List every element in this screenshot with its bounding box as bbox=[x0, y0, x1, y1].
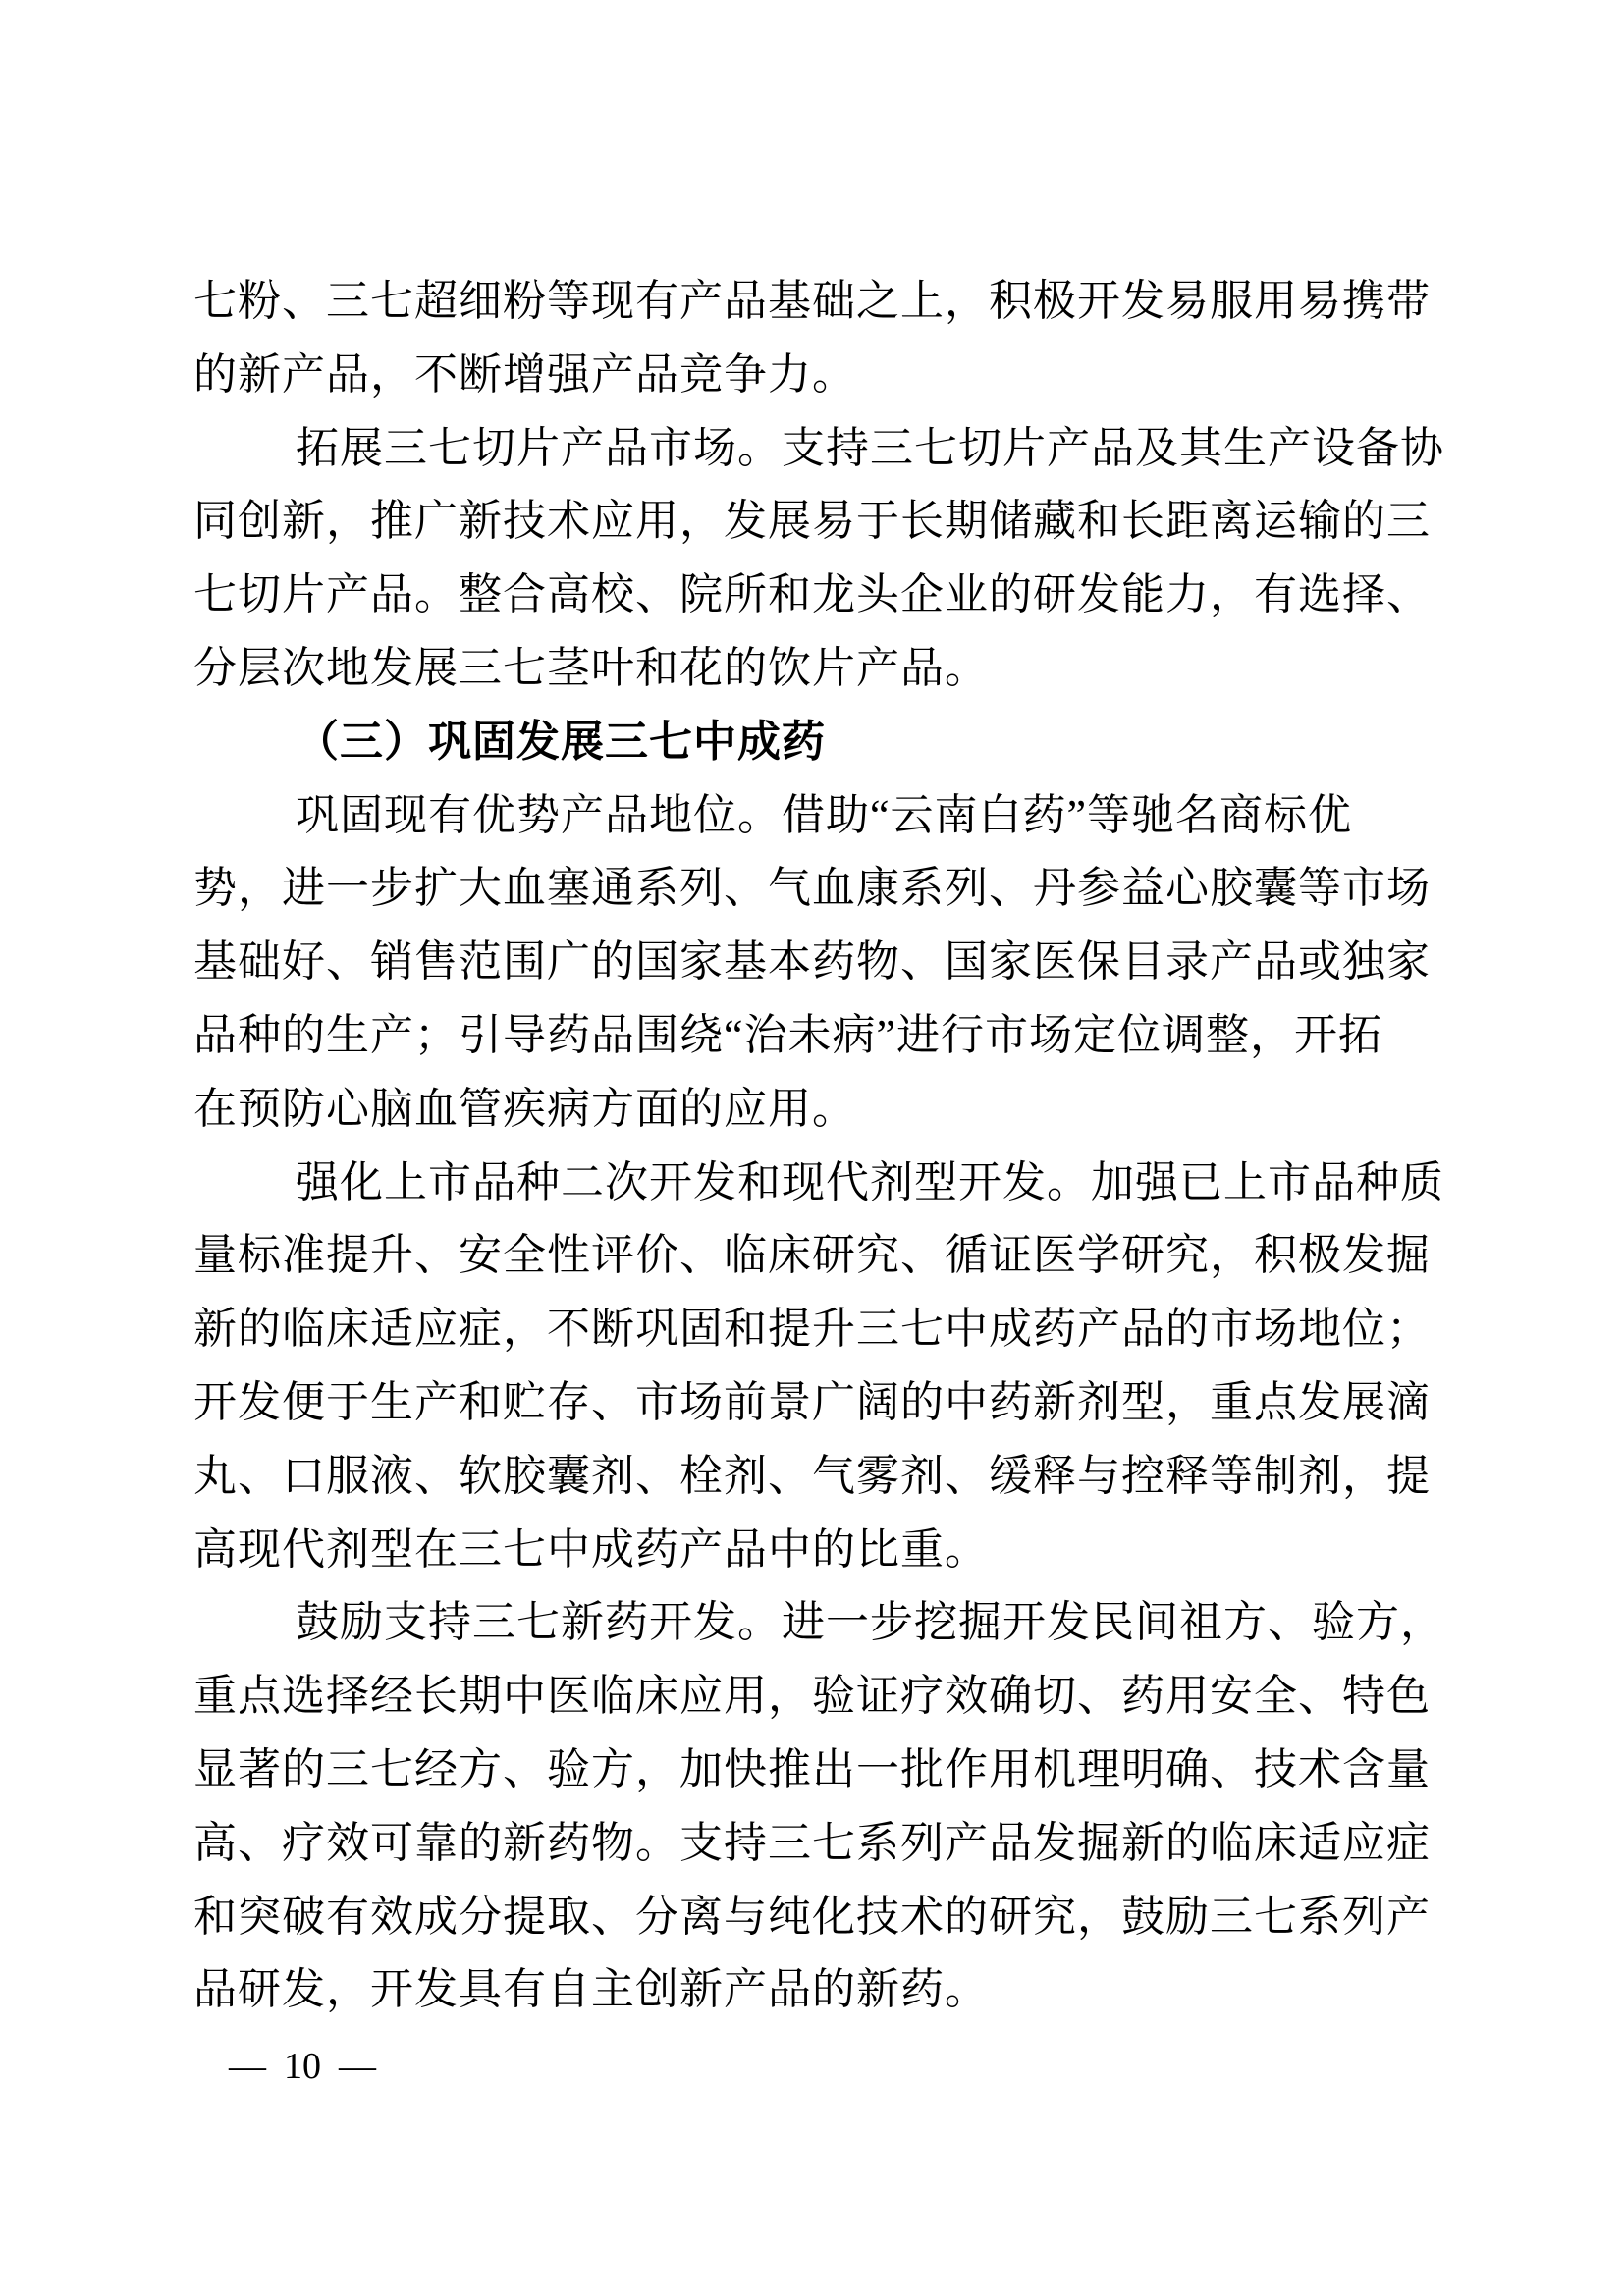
text-line: 巩固现有优势产品地位。借助“云南白药”等驰名商标优 bbox=[193, 779, 1440, 853]
text-line: 七粉、三七超细粉等现有产品基础之上，积极开发易服用易携带 bbox=[193, 265, 1440, 339]
document-text-block: 七粉、三七超细粉等现有产品基础之上，积极开发易服用易携带的新产品，不断增强产品竞… bbox=[193, 265, 1440, 2027]
text-line: 重点选择经长期中医临床应用，验证疗效确切、药用安全、特色 bbox=[193, 1660, 1440, 1734]
text-line: 开发便于生产和贮存、市场前景广阔的中药新剂型，重点发展滴 bbox=[193, 1366, 1440, 1440]
text-line: 显著的三七经方、验方，加快推出一批作用机理明确、技术含量 bbox=[193, 1734, 1440, 1807]
text-line: 基础好、销售范围广的国家基本药物、国家医保目录产品或独家 bbox=[193, 926, 1440, 999]
document-page: 七粉、三七超细粉等现有产品基础之上，积极开发易服用易携带的新产品，不断增强产品竞… bbox=[0, 0, 1624, 2296]
footer-dash-right: — bbox=[339, 2044, 376, 2089]
text-line: 新的临床适应症，不断巩固和提升三七中成药产品的市场地位； bbox=[193, 1293, 1440, 1366]
section-heading: （三）巩固发展三七中成药 bbox=[193, 706, 1440, 779]
page-number: 10 bbox=[284, 2044, 321, 2089]
text-line: 强化上市品种二次开发和现代剂型开发。加强已上市品种质 bbox=[193, 1147, 1440, 1220]
text-line: 量标准提升、安全性评价、临床研究、循证医学研究，积极发掘 bbox=[193, 1219, 1440, 1293]
text-line: 的新产品，不断增强产品竞争力。 bbox=[193, 339, 1440, 412]
page-footer: — 10 — bbox=[229, 2044, 376, 2089]
text-line: 和突破有效成分提取、分离与纯化技术的研究，鼓励三七系列产 bbox=[193, 1881, 1440, 1954]
text-line: 七切片产品。整合高校、院所和龙头企业的研发能力，有选择、 bbox=[193, 559, 1440, 632]
text-line: 品研发，开发具有自主创新产品的新药。 bbox=[193, 1953, 1440, 2027]
text-line: 高、疗效可靠的新药物。支持三七系列产品发掘新的临床适应症 bbox=[193, 1807, 1440, 1881]
text-line: 品种的生产；引导药品围绕“治未病”进行市场定位调整，开拓 bbox=[193, 999, 1440, 1073]
text-line: 鼓励支持三七新药开发。进一步挖掘开发民间祖方、验方， bbox=[193, 1586, 1440, 1660]
text-line: 丸、口服液、软胶囊剂、栓剂、气雾剂、缓释与控释等制剂，提 bbox=[193, 1440, 1440, 1514]
text-line: 同创新，推广新技术应用，发展易于长期储藏和长距离运输的三 bbox=[193, 485, 1440, 559]
footer-dash-left: — bbox=[229, 2044, 266, 2089]
text-line: 拓展三七切片产品市场。支持三七切片产品及其生产设备协 bbox=[193, 412, 1440, 486]
text-line: 高现代剂型在三七中成药产品中的比重。 bbox=[193, 1514, 1440, 1587]
text-line: 在预防心脑血管疾病方面的应用。 bbox=[193, 1073, 1440, 1147]
text-line: 势，进一步扩大血塞通系列、气血康系列、丹参益心胶囊等市场 bbox=[193, 852, 1440, 926]
text-line: 分层次地发展三七茎叶和花的饮片产品。 bbox=[193, 632, 1440, 706]
